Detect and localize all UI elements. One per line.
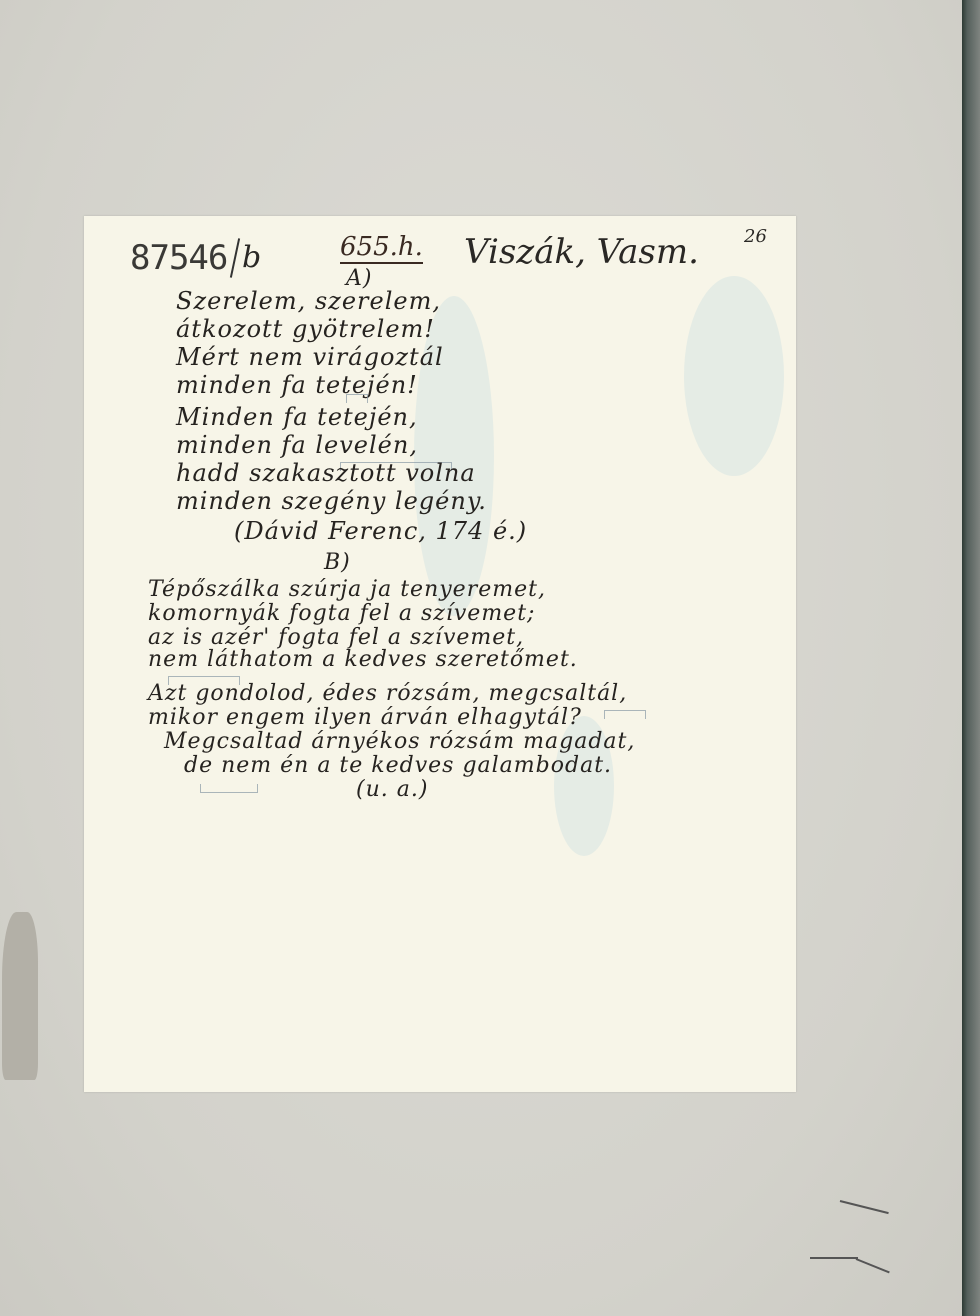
melody-mark bbox=[604, 710, 646, 719]
verse-line: Mért nem virágoztál bbox=[176, 344, 444, 371]
verse-line: minden szegény legény. bbox=[176, 488, 487, 515]
verse-line: Tépőszálka szúrja ja tenyeremet, bbox=[148, 578, 546, 602]
verse-line: Megcsaltad árnyékos rózsám magadat, bbox=[164, 730, 635, 754]
page-number: 26 bbox=[744, 226, 767, 247]
board-edge-shadow bbox=[962, 0, 980, 1316]
inventory-number: 87546 bbox=[130, 238, 227, 278]
verse-line: de nem én a te kedves galambodat. bbox=[184, 754, 612, 778]
catalog-reference: 655.h. bbox=[340, 232, 423, 264]
verse-line: minden fa levelén, bbox=[176, 432, 418, 459]
section-b-label: B) bbox=[324, 550, 351, 575]
pencil-mark bbox=[810, 1257, 858, 1259]
verse-line: Szerelem, szerelem, bbox=[176, 288, 441, 315]
inventory-suffix: b bbox=[242, 240, 261, 275]
verse-line: nem láthatom a kedves szeretőmet. bbox=[148, 648, 578, 672]
melody-mark bbox=[200, 784, 258, 793]
verse-line: átkozott gyötrelem! bbox=[176, 316, 435, 343]
verse-line: Azt gondolod, édes rózsám, megcsaltál, bbox=[148, 682, 627, 706]
verse-line: minden fa tetején! bbox=[176, 372, 418, 399]
verse-line: Minden fa tetején, bbox=[176, 404, 418, 431]
board-stain bbox=[2, 912, 38, 1080]
source-citation: (u. a.) bbox=[356, 778, 428, 802]
verse-line: hadd szakasztott volna bbox=[176, 460, 476, 487]
stamp-slash bbox=[230, 238, 240, 278]
collection-location: Viszák, Vasm. bbox=[464, 232, 699, 272]
verse-line: mikor engem ilyen árván elhagytál? bbox=[148, 706, 582, 730]
source-citation: (Dávid Ferenc, 174 é.) bbox=[234, 518, 527, 545]
verse-line: komornyák fogta fel a szívemet; bbox=[148, 602, 535, 626]
melody-mark bbox=[346, 394, 368, 403]
manuscript-sheet: 87546 b 655.h. Viszák, Vasm. 26 A) Szere… bbox=[84, 216, 796, 1092]
